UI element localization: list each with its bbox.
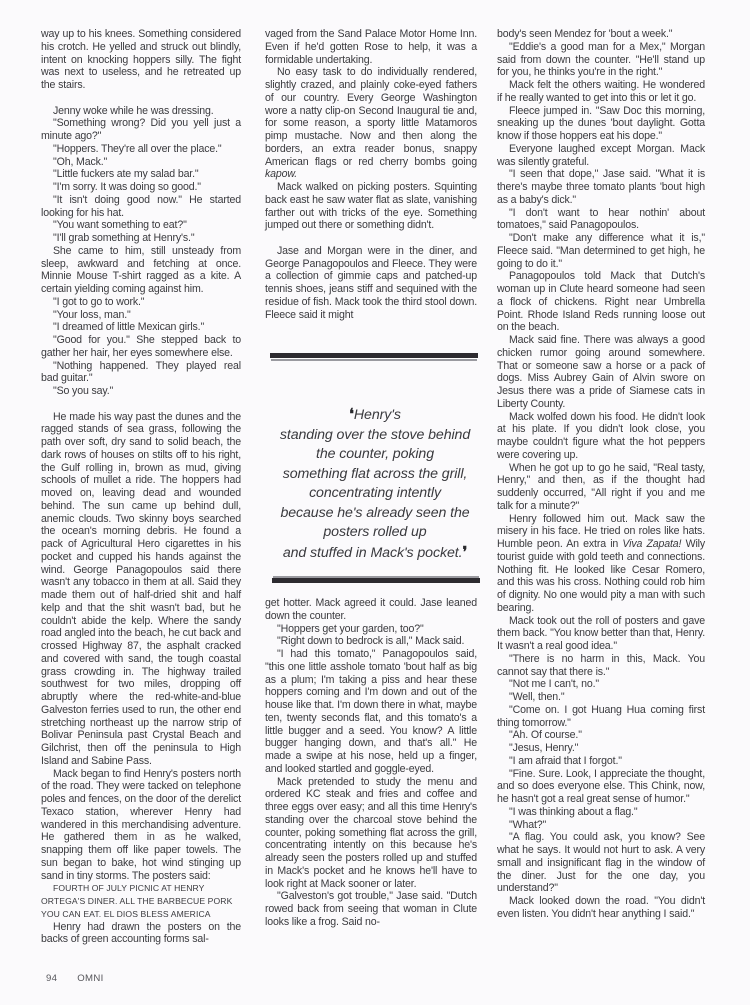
paragraph: Fleece jumped in. "Saw Doc this morning,…	[497, 105, 705, 143]
paragraph: "So you say."	[41, 385, 241, 398]
paragraph: "Galveston's got trouble," Jase said. "D…	[265, 890, 477, 928]
pullquote-text: Henry's	[354, 407, 401, 423]
paragraph: "Well, then."	[497, 691, 705, 704]
paragraph: Mack took out the roll of posters and ga…	[497, 615, 705, 653]
paragraph: "Come on. I got Huang Hua coming first t…	[497, 704, 705, 730]
paragraph: No easy task to do individually rendered…	[265, 66, 477, 181]
paragraph: "You want something to eat?"	[41, 219, 241, 232]
paragraph-text: No easy task to do individually rendered…	[265, 66, 477, 167]
paragraph: Jase and Morgan were in the diner, and G…	[265, 245, 477, 322]
text-column-1: way up to his knees. Something considere…	[41, 28, 241, 946]
paragraph: "There is no harm in this, Mack. You can…	[497, 653, 705, 679]
emphasis-text: Viva Zapata!	[622, 538, 681, 550]
poster-text: FOURTH OF JULY PICNIC AT HENRY ORTEGA'S …	[41, 882, 241, 920]
text-column-2: vaged from the Sand Palace Motor Home In…	[265, 28, 477, 321]
paragraph: "I dreamed of little Mexican girls."	[41, 321, 241, 334]
paragraph: Jenny woke while he was dressing.	[41, 105, 241, 118]
paragraph: "Not me I can't, no."	[497, 678, 705, 691]
paragraph: Mack pretended to study the menu and ord…	[265, 776, 477, 891]
paragraph: "I seen that dope," Jase said. "What it …	[497, 168, 705, 206]
paragraph: "I am afraid that I forgot."	[497, 755, 705, 768]
pullquote-line: standing over the stove behind	[268, 426, 482, 446]
paragraph: Mack walked on picking posters. Squintin…	[265, 181, 477, 232]
paragraph: "A flag. You could ask, you know? See wh…	[497, 831, 705, 895]
paragraph: get hotter. Mack agreed it could. Jase l…	[265, 597, 477, 623]
paragraph: Mack looked down the road. "You didn't e…	[497, 895, 705, 921]
page-number: 94	[46, 973, 57, 984]
paragraph: Mack said fine. There was always a good …	[497, 334, 705, 411]
paragraph: He made his way past the dunes and the r…	[41, 411, 241, 768]
paragraph: Everyone laughed except Morgan. Mack was…	[497, 143, 705, 169]
paragraph: body's seen Mendez for 'bout a week."	[497, 28, 705, 41]
paragraph: "Good for you." She stepped back to gath…	[41, 334, 241, 360]
paragraph: Mack felt the others waiting. He wondere…	[497, 79, 705, 105]
paragraph: "Nothing happened. They played real bad …	[41, 360, 241, 386]
paragraph: "Fine. Sure. Look, I appreciate the thou…	[497, 768, 705, 806]
paragraph: vaged from the Sand Palace Motor Home In…	[265, 28, 477, 66]
paragraph: "Something wrong? Did you yell just a mi…	[41, 117, 241, 143]
paragraph: "Don't make any difference what it is," …	[497, 232, 705, 270]
paragraph: When he got up to go he said, "Real tast…	[497, 462, 705, 513]
paragraph: "I'll grab something at Henry's."	[41, 232, 241, 245]
paragraph: "Eddie's a good man for a Mex," Morgan s…	[497, 41, 705, 79]
pullquote-line: because he's already seen the	[268, 504, 482, 524]
pullquote-rule-top	[270, 353, 478, 359]
paragraph: "Jesus, Henry."	[497, 742, 705, 755]
paragraph: way up to his knees. Something considere…	[41, 28, 241, 92]
pullquote-text: and stuffed in Mack's pocket.	[283, 545, 463, 561]
pullquote-line: and stuffed in Mack's pocket.❜	[268, 543, 482, 564]
pullquote-line: the counter, poking	[268, 445, 482, 465]
pullquote-line: ❛Henry's	[268, 405, 482, 426]
paragraph: "Your loss, man."	[41, 309, 241, 322]
pullquote: ❛Henry's standing over the stove behind …	[268, 405, 482, 563]
publication-name: OMNI	[77, 973, 103, 984]
pullquote-line: concentrating intently	[268, 484, 482, 504]
paragraph: "Hoppers get your garden, too?"	[265, 623, 477, 636]
paragraph: Henry followed him out. Mack saw the mis…	[497, 513, 705, 615]
paragraph: Henry had drawn the posters on the backs…	[41, 921, 241, 947]
paragraph: "Right down to bedrock is all," Mack sai…	[265, 635, 477, 648]
paragraph: She came to him, still unsteady from sle…	[41, 245, 241, 296]
text-column-3: body's seen Mendez for 'bout a week." "E…	[497, 28, 705, 921]
paragraph: "It isn't doing good now." He started lo…	[41, 194, 241, 220]
paragraph: Panagopoulos told Mack that Dutch's woma…	[497, 270, 705, 334]
pullquote-line: something flat across the grill,	[268, 465, 482, 485]
page-folio: 94OMNI	[46, 973, 104, 984]
paragraph: "I got to go to work."	[41, 296, 241, 309]
emphasis-text: kapow.	[265, 168, 297, 180]
paragraph: "I was thinking about a flag."	[497, 806, 705, 819]
close-quote-icon: ❜	[462, 544, 467, 561]
pullquote-line: posters rolled up	[268, 523, 482, 543]
paragraph: "Little fuckers ate my salad bar."	[41, 168, 241, 181]
paragraph: Mack began to find Henry's posters north…	[41, 768, 241, 883]
paragraph: "I don't want to hear nothin' about toma…	[497, 207, 705, 233]
text-column-2-continued: get hotter. Mack agreed it could. Jase l…	[265, 597, 477, 929]
paragraph: "I'm sorry. It was doing so good."	[41, 181, 241, 194]
paragraph: "Hoppers. They're all over the place."	[41, 143, 241, 156]
paragraph: "What?"	[497, 819, 705, 832]
pullquote-rule-bottom	[272, 578, 480, 583]
paragraph: "I had this tomato," Panagopoulos said, …	[265, 648, 477, 776]
paragraph: Mack wolfed down his food. He didn't loo…	[497, 411, 705, 462]
paragraph: "Ah. Of course."	[497, 729, 705, 742]
paragraph: "Oh, Mack."	[41, 156, 241, 169]
